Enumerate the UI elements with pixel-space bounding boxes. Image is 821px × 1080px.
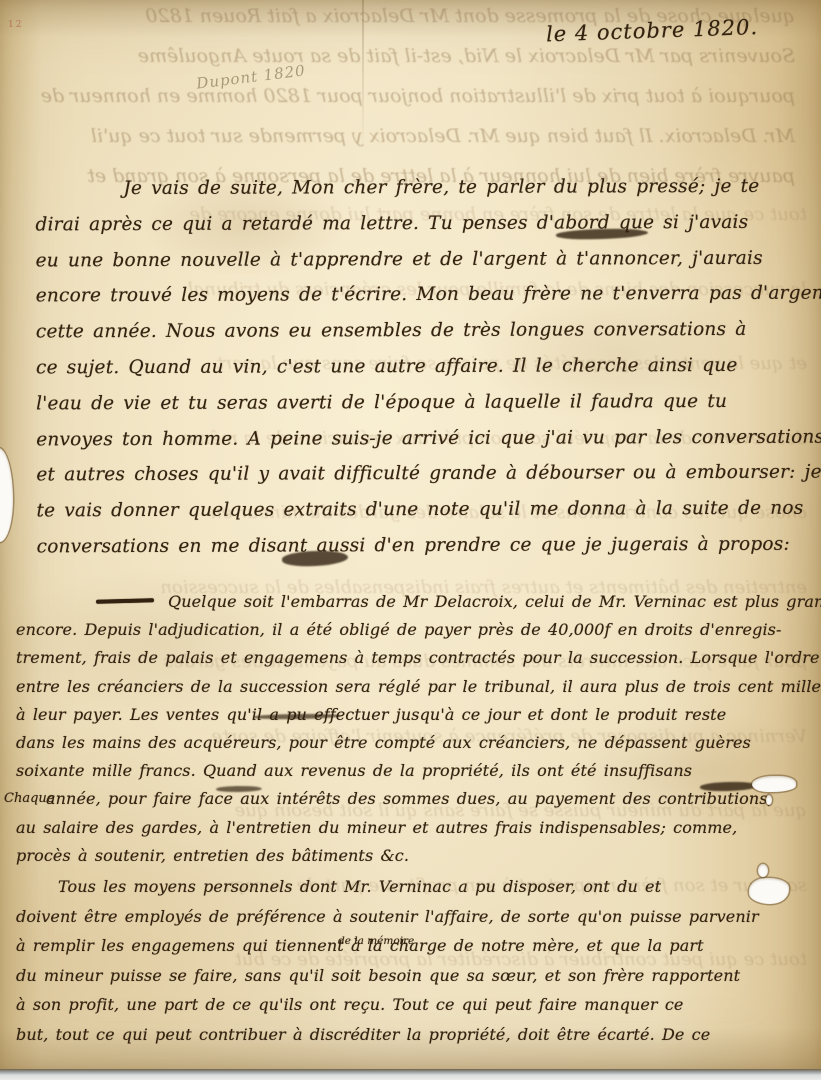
handwritten-line: te vais donner quelques extraits d'une n… — [36, 491, 816, 530]
handwritten-line: au salaire des gardes, à l'entretien du … — [16, 814, 818, 842]
handwritten-line: à leur payer. Les ventes qu'il a pu effe… — [16, 701, 818, 729]
handwritten-line: à son profit, une part de ce qu'ils ont … — [16, 990, 818, 1020]
handwritten-line: à remplir les engagemens qui tiennent à … — [16, 931, 818, 961]
handwritten-line: l'eau de vie et tu seras averti de l'épo… — [36, 383, 816, 422]
handwritten-line: doivent être employés de préférence à so… — [16, 902, 818, 932]
handwritten-line: Tous les moyens personnels dont Mr. Vern… — [16, 872, 818, 902]
fold-crease — [362, 0, 364, 150]
handwritten-line: Quelque soit l'embarras de Mr Delacroix,… — [16, 588, 818, 616]
handwritten-line: envoyes ton homme. A peine suis-je arriv… — [36, 419, 816, 458]
handwritten-line: soixante mille francs. Quand aux revenus… — [16, 757, 818, 785]
handwritten-line: dans les mains des acquéreurs, pour être… — [16, 729, 818, 757]
handwritten-line: ce sujet. Quand au vin, c'est une autre … — [36, 348, 816, 387]
handwritten-line: et autres choses qu'il y avait difficult… — [36, 455, 816, 494]
handwritten-line: du mineur puisse se faire, sans qu'il so… — [16, 961, 818, 991]
scanned-letter-page: quelque chose de la promesse dont Mr Del… — [0, 0, 821, 1080]
handwritten-line: encore trouvé les moyens de t'écrire. Mo… — [36, 276, 816, 315]
interline-insertion: de la mémoire — [338, 935, 414, 947]
handwritten-line: encore. Depuis l'adjudication, il a été … — [16, 616, 818, 644]
paper-hole — [749, 878, 789, 904]
handwritten-line: Je vais de suite, Mon cher frère, te par… — [35, 169, 815, 208]
handwritten-line: conversations en me disant aussi d'en pr… — [37, 527, 817, 566]
handwritten-line: entre les créanciers de la succession se… — [16, 673, 818, 701]
paper-hole — [752, 776, 796, 792]
handwritten-line: dirai après ce qui a retardé ma lettre. … — [35, 204, 815, 243]
handwritten-line: année, pour faire face aux intérêts des … — [16, 785, 818, 813]
handwritten-line: procès à soutenir, entretien des bâtimen… — [16, 842, 818, 870]
paper-hole — [766, 795, 772, 805]
collection-number: 12 — [8, 20, 23, 30]
handwritten-line: cette année. Nous avons eu ensembles de … — [36, 312, 816, 351]
handwritten-line: eu une bonne nouvelle à t'apprendre et d… — [36, 240, 816, 279]
handwritten-line: but, tout ce qui peut contribuer à discr… — [16, 1020, 818, 1050]
paragraph-note-extract: Quelque soit l'embarras de Mr Delacroix,… — [16, 588, 818, 870]
scan-background-strip — [0, 1069, 821, 1080]
handwritten-line: trement, frais de palais et engagemens à… — [16, 644, 818, 672]
paragraph-opening: Je vais de suite, Mon cher frère, te par… — [35, 169, 816, 565]
paper-hole — [758, 864, 768, 877]
margin-insertion: Chaque — [4, 791, 54, 806]
paragraph-closing: Tous les moyens personnels dont Mr. Vern… — [16, 872, 818, 1050]
